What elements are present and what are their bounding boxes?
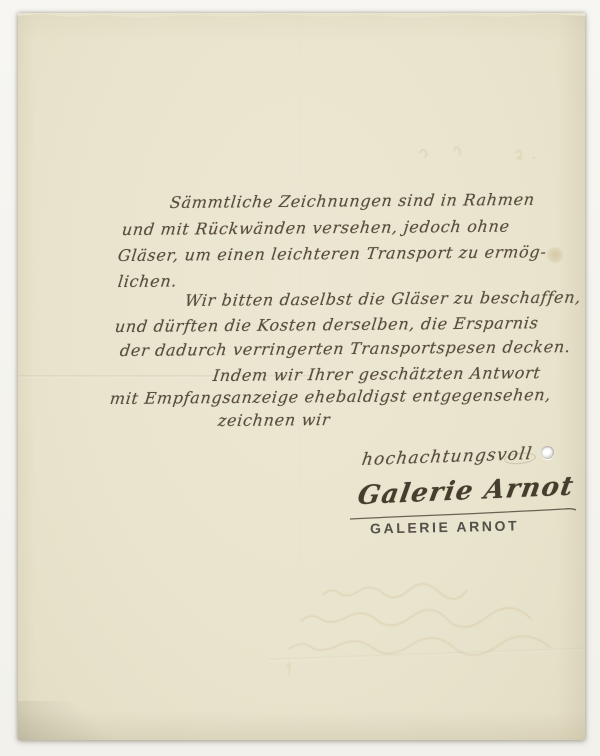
show-through-marks-bottom <box>283 581 593 681</box>
scan-background: Sämmtliche Zeichnungen sind in Rahmen un… <box>0 0 600 756</box>
handwriting-line-8: Indem wir Ihrer geschätzten Antwort <box>212 363 542 385</box>
handwriting-line-5: Wir bitten daselbst die Gläser zu bescha… <box>184 288 582 310</box>
handwriting-line-10: zeichnen wir <box>217 410 331 430</box>
handwriting-line-2: und mit Rückwänden versehen, jedoch ohne <box>121 217 511 239</box>
punch-hole <box>541 446 554 459</box>
handwriting-line-6: und dürften die Kosten derselben, die Er… <box>114 313 540 336</box>
handwriting-line-9: mit Empfangsanzeige ehebaldigst entgegen… <box>109 385 552 408</box>
handwriting-line-7: der dadurch verringerten Transportspesen… <box>119 337 572 360</box>
letter-page: Sämmtliche Zeichnungen sind in Rahmen un… <box>18 13 585 740</box>
show-through-marks-top <box>358 125 558 165</box>
handwriting-line-1: Sämmtliche Zeichnungen sind in Rahmen <box>169 190 536 212</box>
paper-surface: Sämmtliche Zeichnungen sind in Rahmen un… <box>18 13 585 740</box>
ink-smudge <box>546 247 564 263</box>
gallery-stamp: GALERIE ARNOT <box>370 517 519 536</box>
handwriting-line-3: Gläser, um einen leichteren Transport zu… <box>117 242 548 265</box>
corner-wear-mark <box>18 701 118 740</box>
handwriting-line-4: lichen. <box>117 271 178 291</box>
